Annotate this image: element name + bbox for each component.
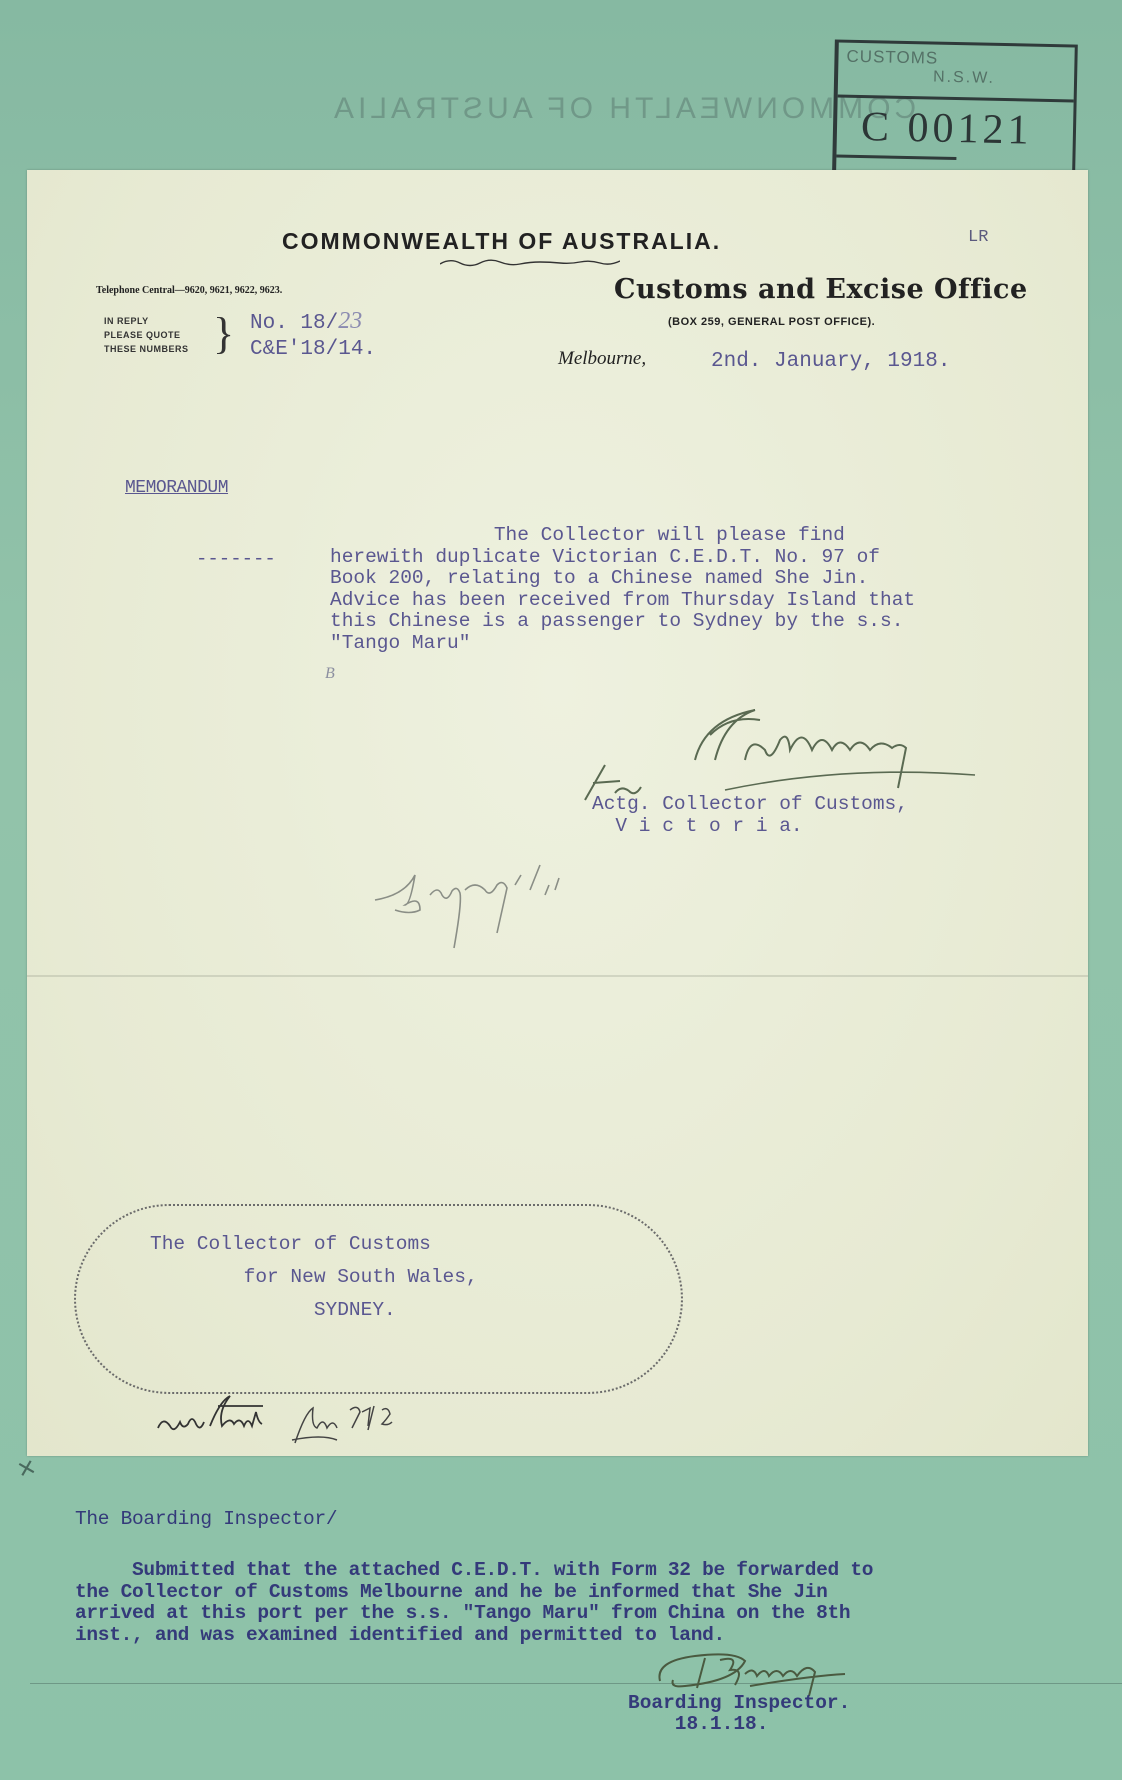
stamp-rule xyxy=(838,95,1074,103)
ref-no-typed: No. 18/ xyxy=(250,312,338,335)
fold-crease xyxy=(27,975,1088,977)
stamp-region: N.S.W. xyxy=(933,69,995,88)
telephone-line: Telephone Central—9620, 9621, 9622, 9623… xyxy=(96,285,282,296)
memo-line: herewith duplicate Victorian C.E.D.T. No… xyxy=(330,547,915,569)
address-line: The Collector of Customs xyxy=(150,1228,478,1261)
handwritten-initials-icon xyxy=(150,1388,450,1448)
signatory-line: Actg. Collector of Customs, xyxy=(592,793,908,815)
memo-line: "Tango Maru" xyxy=(330,633,915,655)
memo-line: Book 200, relating to a Chinese named Sh… xyxy=(330,568,915,590)
reply-label-line: PLEASE QUOTE xyxy=(104,328,189,342)
margin-mark-b: B xyxy=(325,665,335,683)
reply-label-line: IN REPLY xyxy=(104,314,189,328)
ruled-line xyxy=(30,1683,1122,1684)
signatory-line: V i c t o r i a. xyxy=(592,815,908,837)
letterhead-title: COMMONWEALTH OF AUSTRALIA. xyxy=(282,228,721,255)
stamp-top-text: CUSTOMS xyxy=(846,47,938,69)
address-line: for New South Wales, xyxy=(150,1261,478,1294)
inspector-signoff: Boarding Inspector. 18.1.18. xyxy=(628,1693,850,1735)
brace-icon: } xyxy=(213,312,234,356)
minute-line: the Collector of Customs Melbourne and h… xyxy=(75,1582,873,1604)
memo-body: The Collector will please findherewith d… xyxy=(330,525,915,654)
wavy-underline-icon xyxy=(440,256,620,268)
recipient-address: The Collector of Customs for New South W… xyxy=(150,1228,478,1327)
reference-number: No. 18/23 xyxy=(250,308,362,335)
memo-dashes: ------- xyxy=(196,548,276,570)
ref-no-handwritten: 23 xyxy=(338,308,362,334)
place-label: Melbourne, xyxy=(558,348,646,370)
inspector-date: 18.1.18. xyxy=(628,1714,850,1735)
inspector-title: Boarding Inspector. xyxy=(628,1693,850,1714)
pencil-note-icon xyxy=(370,860,610,960)
reply-label-line: THESE NUMBERS xyxy=(104,342,189,356)
bleed-through-heading: COMMONWEALTH OF AUSTRALIA xyxy=(330,92,916,126)
minute-line: arrived at this port per the s.s. "Tango… xyxy=(75,1603,873,1625)
office-name: Customs and Excise Office xyxy=(614,274,1028,305)
letter-date: 2nd. January, 1918. xyxy=(711,350,950,373)
memo-line: The Collector will please find xyxy=(330,525,915,547)
ce-reference: C&E'18/14. xyxy=(250,338,376,361)
memo-line: Advice has been received from Thursday I… xyxy=(330,590,915,612)
memorandum-title: MEMORANDUM xyxy=(125,478,228,498)
stamp-number: C 00121 xyxy=(861,103,1033,155)
signatory-title: Actg. Collector of Customs, V i c t o r … xyxy=(592,793,908,837)
inspector-minute-body: Submitted that the attached C.E.D.T. wit… xyxy=(75,1560,873,1646)
inspector-heading: The Boarding Inspector/ xyxy=(75,1508,337,1530)
minute-line: inst., and was examined identified and p… xyxy=(75,1625,873,1647)
minute-line: Submitted that the attached C.E.D.T. wit… xyxy=(75,1560,873,1582)
reply-quote-label: IN REPLY PLEASE QUOTE THESE NUMBERS xyxy=(104,314,189,356)
box-address: (BOX 259, GENERAL POST OFFICE). xyxy=(668,316,875,328)
lr-annotation: LR xyxy=(968,228,988,247)
memo-line: this Chinese is a passenger to Sydney by… xyxy=(330,611,915,633)
address-line: SYDNEY. xyxy=(150,1294,478,1327)
handwritten-signature-icon xyxy=(575,705,995,805)
stamp-rule xyxy=(836,155,956,161)
